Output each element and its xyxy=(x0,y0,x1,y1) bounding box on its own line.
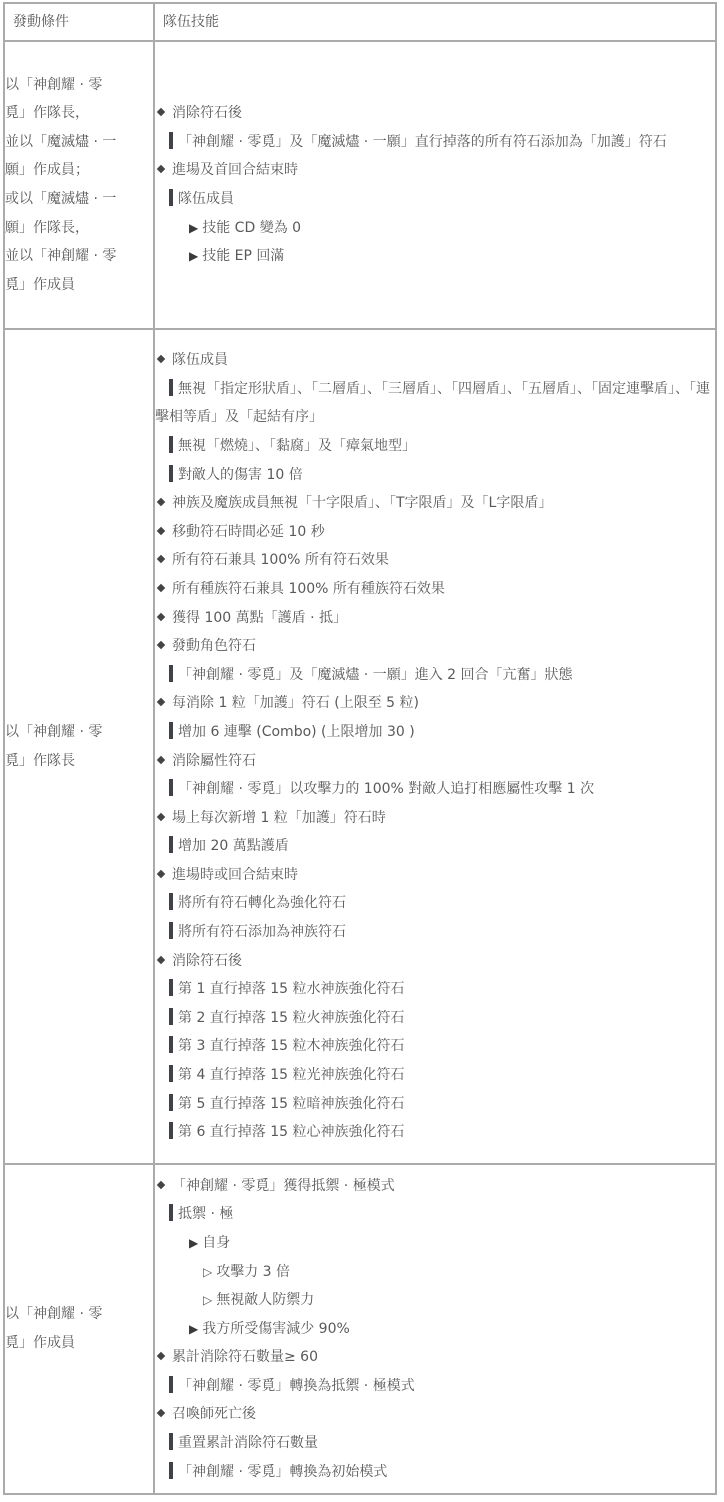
skill-item: 場上每次新增 1 粒「加護」符石時 xyxy=(155,804,715,833)
skill-item: 將所有符石添加為神族符石 xyxy=(155,918,715,947)
skill-item: 所有符石兼具 100% 所有符石效果 xyxy=(155,546,715,575)
skill-text: 抵禦 · 極 xyxy=(178,1206,233,1222)
skill-text: 隊伍成員 xyxy=(172,352,228,368)
skill-item: ▶自身 xyxy=(155,1229,715,1258)
skill-item: 消除符石後 xyxy=(155,99,715,128)
skill-text: 移動符石時間必延 10 秒 xyxy=(172,524,325,540)
diamond-bullet-icon xyxy=(157,812,165,820)
skill-text: 增加 6 連擊 (Combo) (上限增加 30 ) xyxy=(178,724,415,740)
skill-text: 「神創耀 · 零覓」轉換為初始模式 xyxy=(178,1464,387,1480)
bar-marker-icon xyxy=(169,1122,173,1139)
skill-text: 無視「指定形狀盾」、「二層盾」、「三層盾」、「四層盾」、「五層盾」、「固定連擊盾… xyxy=(155,381,710,426)
diamond-bullet-icon xyxy=(157,1409,165,1417)
skill-item: 隊伍成員 xyxy=(155,346,715,375)
bar-marker-icon xyxy=(169,379,173,396)
diamond-bullet-icon xyxy=(157,498,165,506)
skill-text: 消除符石後 xyxy=(172,105,242,121)
bar-marker-icon xyxy=(169,132,173,149)
skill-text: 增加 20 萬點護盾 xyxy=(178,838,289,854)
skill-item: 無視「指定形狀盾」、「二層盾」、「三層盾」、「四層盾」、「五層盾」、「固定連擊盾… xyxy=(155,375,715,432)
skill-item: 第 2 直行掉落 15 粒火神族強化符石 xyxy=(155,1004,715,1033)
skill-text: 我方所受傷害減少 90% xyxy=(202,1321,350,1337)
skill-text: 所有符石兼具 100% 所有符石效果 xyxy=(172,552,389,568)
skill-text: 第 4 直行掉落 15 粒光神族強化符石 xyxy=(178,1067,405,1083)
bar-marker-icon xyxy=(169,1065,173,1082)
bar-marker-icon xyxy=(169,189,173,206)
bar-marker-icon xyxy=(169,779,173,796)
skill-text: 召喚師死亡後 xyxy=(172,1406,256,1422)
skill-text: 進場及首回合結束時 xyxy=(172,162,298,178)
skill-item: 消除符石後 xyxy=(155,947,715,976)
bar-marker-icon xyxy=(169,436,173,453)
condition-line: 或以「魔滅燼 · 一 xyxy=(5,185,153,214)
skill-item: 第 6 直行掉落 15 粒心神族強化符石 xyxy=(155,1118,715,1147)
skill-text: 每消除 1 粒「加護」符石 (上限至 5 粒) xyxy=(172,695,419,711)
header-team-skill: 隊伍技能 xyxy=(154,3,716,41)
skill-text: 「神創耀 · 零覓」轉換為抵禦 · 極模式 xyxy=(178,1378,415,1394)
condition-line: 並以「神創耀 · 零 xyxy=(5,242,153,271)
skill-item: 增加 20 萬點護盾 xyxy=(155,832,715,861)
diamond-bullet-icon xyxy=(157,355,165,363)
condition-line: 覓」作隊長， xyxy=(5,99,153,128)
skill-item: 發動角色符石 xyxy=(155,632,715,661)
condition-line: 願」作成員； xyxy=(5,156,153,185)
bar-marker-icon xyxy=(169,1204,173,1221)
skill-text: 消除屬性符石 xyxy=(172,753,256,769)
skill-item: 對敵人的傷害 10 倍 xyxy=(155,461,715,490)
bar-marker-icon xyxy=(169,979,173,996)
skill-text: 消除符石後 xyxy=(172,953,242,969)
skill-text: 獲得 100 萬點「護盾 · 抵」 xyxy=(172,610,347,626)
diamond-bullet-icon xyxy=(157,1352,165,1360)
diamond-bullet-icon xyxy=(157,555,165,563)
skill-item: 第 3 直行掉落 15 粒木神族強化符石 xyxy=(155,1032,715,1061)
skill-item: 「神創耀 · 零覓」以攻擊力的 100% 對敵人追打相應屬性攻擊 1 次 xyxy=(155,775,715,804)
table-row: 以「神創耀 · 零覓」作隊長 隊伍成員無視「指定形狀盾」、「二層盾」、「三層盾」… xyxy=(4,329,716,1164)
condition-line: 以「神創耀 · 零 xyxy=(5,718,153,747)
bar-marker-icon xyxy=(169,922,173,939)
skill-item: 第 5 直行掉落 15 粒暗神族強化符石 xyxy=(155,1090,715,1119)
table-row: 以「神創耀 · 零覓」作隊長，並以「魔滅燼 · 一願」作成員；或以「魔滅燼 · … xyxy=(4,41,716,329)
skill-item: ▷無視敵人防禦力 xyxy=(155,1286,715,1315)
skill-item: 進場及首回合結束時 xyxy=(155,156,715,185)
bar-marker-icon xyxy=(169,1376,173,1393)
skill-item: ▷攻擊力 3 倍 xyxy=(155,1258,715,1287)
skill-item: 無視「燃燒」、「黏腐」及「瘴氣地型」 xyxy=(155,432,715,461)
table-row: 以「神創耀 · 零覓」作成員 「神創耀 · 零覓」獲得抵禦 · 極模式抵禦 · … xyxy=(4,1164,716,1494)
diamond-bullet-icon xyxy=(157,612,165,620)
skill-text: 無視敵人防禦力 xyxy=(216,1292,314,1308)
outline-triangle-icon: ▷ xyxy=(203,1265,212,1279)
skill-text: 第 2 直行掉落 15 粒火神族強化符石 xyxy=(178,1010,405,1026)
skill-item: 「神創耀 · 零覓」轉換為初始模式 xyxy=(155,1458,715,1487)
skill-text: 發動角色符石 xyxy=(172,638,256,654)
skill-text: 場上每次新增 1 粒「加護」符石時 xyxy=(172,810,386,826)
condition-line: 覓」作成員 xyxy=(5,1329,153,1358)
skill-text: 自身 xyxy=(202,1235,230,1251)
skill-item: 第 1 直行掉落 15 粒水神族強化符石 xyxy=(155,975,715,1004)
skill-text: 第 6 直行掉落 15 粒心神族強化符石 xyxy=(178,1124,405,1140)
bar-marker-icon xyxy=(169,465,173,482)
skill-item: 移動符石時間必延 10 秒 xyxy=(155,518,715,547)
skill-text: 「神創耀 · 零覓」獲得抵禦 · 極模式 xyxy=(172,1178,395,1194)
header-row: 發動條件 隊伍技能 xyxy=(4,3,716,41)
skill-item: ▶我方所受傷害減少 90% xyxy=(155,1315,715,1344)
skill-text: 所有種族符石兼具 100% 所有種族符石效果 xyxy=(172,581,445,597)
filled-triangle-icon: ▶ xyxy=(189,1322,198,1336)
skill-item: 所有種族符石兼具 100% 所有種族符石效果 xyxy=(155,575,715,604)
skill-text: 攻擊力 3 倍 xyxy=(216,1264,290,1280)
diamond-bullet-icon xyxy=(157,1180,165,1188)
skill-cell: 「神創耀 · 零覓」獲得抵禦 · 極模式抵禦 · 極▶自身▷攻擊力 3 倍▷無視… xyxy=(154,1164,716,1494)
skill-item: 抵禦 · 極 xyxy=(155,1200,715,1229)
skill-text: 隊伍成員 xyxy=(178,191,234,207)
skill-text: 對敵人的傷害 10 倍 xyxy=(178,467,303,483)
skill-text: 神族及魔族成員無視「十字限盾」、「T字限盾」及「L字限盾」 xyxy=(172,495,552,511)
diamond-bullet-icon xyxy=(157,641,165,649)
bar-marker-icon xyxy=(169,836,173,853)
skill-text: 無視「燃燒」、「黏腐」及「瘴氣地型」 xyxy=(178,438,416,454)
skill-item: 進場時或回合結束時 xyxy=(155,861,715,890)
skill-item: 消除屬性符石 xyxy=(155,747,715,776)
skill-item: ▶技能 CD 變為 0 xyxy=(155,214,715,243)
diamond-bullet-icon xyxy=(157,698,165,706)
skill-item: 增加 6 連擊 (Combo) (上限增加 30 ) xyxy=(155,718,715,747)
skill-text: 將所有符石添加為神族符石 xyxy=(178,924,346,940)
skill-item: 累計消除符石數量≥ 60 xyxy=(155,1343,715,1372)
skill-text: 將所有符石轉化為強化符石 xyxy=(178,895,346,911)
diamond-bullet-icon xyxy=(157,584,165,592)
skill-item: 神族及魔族成員無視「十字限盾」、「T字限盾」及「L字限盾」 xyxy=(155,489,715,518)
skill-item: 將所有符石轉化為強化符石 xyxy=(155,889,715,918)
diamond-bullet-icon xyxy=(157,527,165,535)
bar-marker-icon xyxy=(169,665,173,682)
condition-cell: 以「神創耀 · 零覓」作隊長 xyxy=(4,329,154,1164)
skill-text: 技能 EP 回滿 xyxy=(202,248,284,264)
condition-line: 覓」作成員 xyxy=(5,271,153,300)
skill-text: 第 3 直行掉落 15 粒木神族強化符石 xyxy=(178,1038,405,1054)
skill-text: 「神創耀 · 零覓」及「魔滅燼 · 一願」直行掉落的所有符石添加為「加護」符石 xyxy=(178,134,667,150)
bar-marker-icon xyxy=(169,1008,173,1025)
bar-marker-icon xyxy=(169,722,173,739)
skill-text: 「神創耀 · 零覓」以攻擊力的 100% 對敵人追打相應屬性攻擊 1 次 xyxy=(178,781,594,797)
condition-line: 以「神創耀 · 零 xyxy=(5,71,153,100)
bar-marker-icon xyxy=(169,1433,173,1450)
diamond-bullet-icon xyxy=(157,755,165,763)
skill-item: 「神創耀 · 零覓」及「魔滅燼 · 一願」進入 2 回合「亢奮」狀態 xyxy=(155,661,715,690)
diamond-bullet-icon xyxy=(157,955,165,963)
skill-item: 召喚師死亡後 xyxy=(155,1400,715,1429)
condition-line: 並以「魔滅燼 · 一 xyxy=(5,128,153,157)
skill-item: 重置累計消除符石數量 xyxy=(155,1429,715,1458)
bar-marker-icon xyxy=(169,1036,173,1053)
outline-triangle-icon: ▷ xyxy=(203,1293,212,1307)
skill-text: 第 1 直行掉落 15 粒水神族強化符石 xyxy=(178,981,405,997)
bar-marker-icon xyxy=(169,893,173,910)
bar-marker-icon xyxy=(169,1462,173,1479)
diamond-bullet-icon xyxy=(157,165,165,173)
team-skill-table: 發動條件 隊伍技能 以「神創耀 · 零覓」作隊長，並以「魔滅燼 · 一願」作成員… xyxy=(3,2,717,1495)
skill-item: 第 4 直行掉落 15 粒光神族強化符石 xyxy=(155,1061,715,1090)
skill-text: 累計消除符石數量≥ 60 xyxy=(172,1349,318,1365)
skill-item: 每消除 1 粒「加護」符石 (上限至 5 粒) xyxy=(155,689,715,718)
bar-marker-icon xyxy=(169,1094,173,1111)
condition-line: 願」作隊長， xyxy=(5,214,153,243)
skill-text: 技能 CD 變為 0 xyxy=(202,220,301,236)
skill-item: ▶技能 EP 回滿 xyxy=(155,242,715,271)
skill-text: 第 5 直行掉落 15 粒暗神族強化符石 xyxy=(178,1096,405,1112)
condition-line: 以「神創耀 · 零 xyxy=(5,1300,153,1329)
skill-cell: 隊伍成員無視「指定形狀盾」、「二層盾」、「三層盾」、「四層盾」、「五層盾」、「固… xyxy=(154,329,716,1164)
diamond-bullet-icon xyxy=(157,108,165,116)
skill-text: 重置累計消除符石數量 xyxy=(178,1435,318,1451)
skill-text: 「神創耀 · 零覓」及「魔滅燼 · 一願」進入 2 回合「亢奮」狀態 xyxy=(178,667,573,683)
filled-triangle-icon: ▶ xyxy=(189,249,198,263)
header-condition: 發動條件 xyxy=(4,3,154,41)
skill-text: 進場時或回合結束時 xyxy=(172,867,298,883)
skill-cell: 消除符石後「神創耀 · 零覓」及「魔滅燼 · 一願」直行掉落的所有符石添加為「加… xyxy=(154,41,716,329)
skill-item: 「神創耀 · 零覓」獲得抵禦 · 極模式 xyxy=(155,1172,715,1201)
skill-item: 「神創耀 · 零覓」轉換為抵禦 · 極模式 xyxy=(155,1372,715,1401)
skill-item: 「神創耀 · 零覓」及「魔滅燼 · 一願」直行掉落的所有符石添加為「加護」符石 xyxy=(155,128,715,157)
skill-item: 隊伍成員 xyxy=(155,185,715,214)
condition-line: 覓」作隊長 xyxy=(5,747,153,776)
skill-item: 獲得 100 萬點「護盾 · 抵」 xyxy=(155,604,715,633)
diamond-bullet-icon xyxy=(157,870,165,878)
filled-triangle-icon: ▶ xyxy=(189,221,198,235)
condition-cell: 以「神創耀 · 零覓」作成員 xyxy=(4,1164,154,1494)
condition-cell: 以「神創耀 · 零覓」作隊長，並以「魔滅燼 · 一願」作成員；或以「魔滅燼 · … xyxy=(4,41,154,329)
filled-triangle-icon: ▶ xyxy=(189,1236,198,1250)
